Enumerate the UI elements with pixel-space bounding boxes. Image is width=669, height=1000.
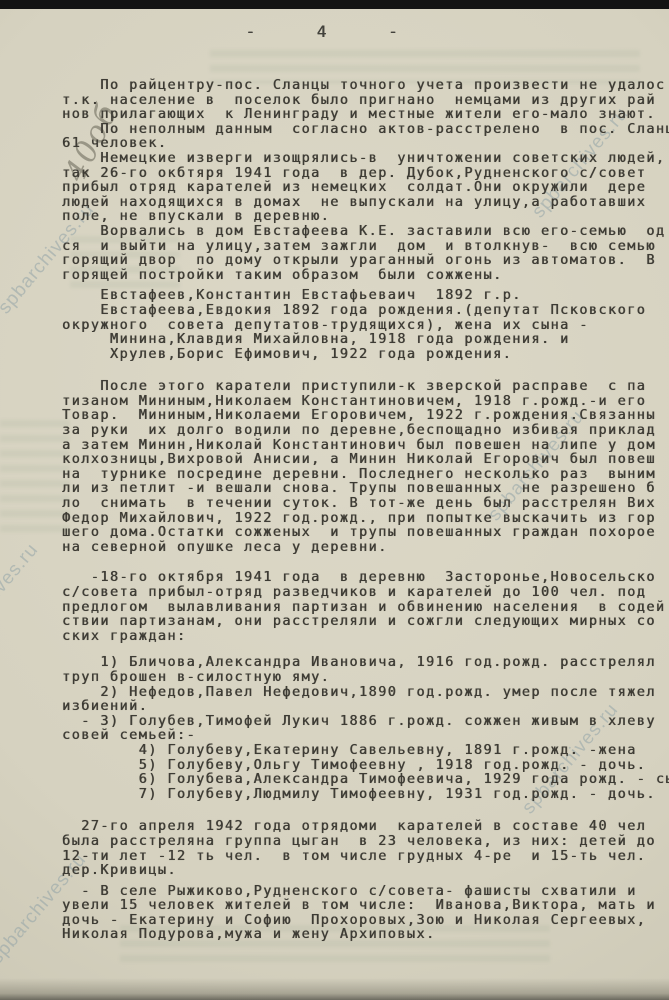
text-line: -18-го октября 1941 года в деревню Засто…: [62, 570, 669, 585]
text-line: Федор Михайлович, 1922 год.рожд., при по…: [62, 511, 669, 526]
text-line: за руки их долго водили по деревне,беспо…: [62, 423, 669, 438]
text-line: предлогом вылавливания партизан и обвине…: [62, 600, 669, 615]
text-line: совей семьей:-: [62, 728, 669, 743]
text-line: шего дома.Остатки сожженых и трупы повеш…: [62, 525, 669, 540]
text-line: 12-ти лет -12 ть чел. в том числе грудны…: [62, 849, 669, 864]
text-line: труп брошен в-силостную яму.: [62, 670, 669, 685]
text-line: т.к. население в поселок было пригнано н…: [62, 93, 669, 108]
text-line: ских граждан:: [62, 629, 669, 644]
paragraph: Евстафеев,Константин Евстафьеваич 1892 г…: [62, 288, 669, 361]
text-line: прибыл отряд карателей из немецких солда…: [62, 180, 669, 195]
watermark-text: spbarchives.ru: [0, 539, 43, 659]
text-line: а затем Минин,Николай Константинович был…: [62, 438, 669, 453]
text-line: 5) Голубеву,Ольгу Тимофеевну , 1918 год.…: [62, 758, 669, 773]
text-line: Ворвались в дом Евстафеева К.Е. заставил…: [62, 224, 669, 239]
paragraph: -18-го октября 1941 года в деревню Засто…: [62, 570, 669, 643]
text-line: 4) Голубеву,Екатерину Савельевну, 1891 г…: [62, 743, 669, 758]
paragraph: Ворвались в дом Евстафеева К.Е. заставил…: [62, 224, 669, 282]
text-line: горящей постройки таким образом были сож…: [62, 268, 669, 283]
text-line: ли из петлит -и вешали снова. Трупы пове…: [62, 481, 669, 496]
typewritten-text: По райцентру-пос. Сланцы точного учета п…: [62, 78, 669, 942]
paragraph: По неполным данным согласно актов-расстр…: [62, 122, 669, 151]
paragraph: По райцентру-пос. Сланцы точного учета п…: [62, 78, 669, 122]
text-line: - 3) Голубев,Тимофей Лукич 1886 г.рожд. …: [62, 714, 669, 729]
text-line: дочь - Екатерину и Софию Прохоровых,Зою …: [62, 913, 669, 928]
text-line: 1) Бличова,Александра Ивановича, 1916 го…: [62, 655, 669, 670]
text-line: увели 15 человек жителей в том числе: Ив…: [62, 898, 669, 913]
text-line: с/совета прибыл-отряд разведчиков и кара…: [62, 585, 669, 600]
text-line: После этого каратели приступили-к зверск…: [62, 379, 669, 394]
text-line: избиений.: [62, 699, 669, 714]
paragraph: - В селе Рыжиково,Рудненского с/совета- …: [62, 884, 669, 942]
text-line: дер.Кривицы.: [62, 863, 669, 878]
text-line: окружного совета депутатов-трудящихся), …: [62, 318, 669, 333]
text-line: - В селе Рыжиково,Рудненского с/совета- …: [62, 884, 669, 899]
text-line: По райцентру-пос. Сланцы точного учета п…: [62, 78, 669, 93]
text-line: ствии партизанам, они расстреляли и сожг…: [62, 614, 669, 629]
text-line: 6) Голубева,Александра Тимофеевича, 1929…: [62, 772, 669, 787]
text-line: Немецкие изверги изощрялись-в уничтожени…: [62, 151, 669, 166]
text-line: Евстафеев,Константин Евстафьеваич 1892 г…: [62, 288, 669, 303]
page-number: - 4 -: [0, 22, 669, 41]
text-line: на северной опушке леса у деревни.: [62, 540, 669, 555]
text-line: 7) Голубеву,Людмилу Тимофеевну, 1931 год…: [62, 787, 669, 802]
text-line: По неполным данным согласно актов-расстр…: [62, 122, 669, 137]
text-line: поле, не впускали в деревню.: [62, 209, 669, 224]
paragraph: После этого каратели приступили-к зверск…: [62, 379, 669, 554]
text-line: горящий двор по дому открыли ураганный о…: [62, 253, 669, 268]
paragraph: 1) Бличова,Александра Ивановича, 1916 го…: [62, 655, 669, 801]
scan-bottom-shadow: [0, 978, 669, 1000]
paragraph: Немецкие изверги изощрялись-в уничтожени…: [62, 151, 669, 224]
text-line: Хрулев,Борис Ефимович, 1922 года рождени…: [62, 347, 669, 362]
text-line: 27-го апреля 1942 года отрядоми карателе…: [62, 819, 669, 834]
text-line: так 26-го окбтяря 1941 года в дер. Дубок…: [62, 166, 669, 181]
text-line: Николая Подурова,мужа и жену Архиповых.: [62, 927, 669, 942]
paragraph: 27-го апреля 1942 года отрядоми карателе…: [62, 819, 669, 877]
text-line: 2) Нефедов,Павел Нефедович,1890 год.рожд…: [62, 685, 669, 700]
text-line: Минина,Клавдия Михайловна, 1918 года рож…: [62, 332, 669, 347]
scan-top-border: [0, 0, 669, 9]
text-line: Товар. Мининым,Николаеми Егоровичем, 192…: [62, 408, 669, 423]
text-line: 61 человек.: [62, 136, 669, 151]
text-line: ся и выйти на улицу,затем зажгли дом и в…: [62, 239, 669, 254]
text-line: колхозницы,Вихровой Анисии, а Минин Нико…: [62, 452, 669, 467]
scanned-document-page: spbarchives.ru spbarchives.ru spbarchive…: [0, 0, 669, 1000]
text-line: на турнике посредине деревни. Последнего…: [62, 467, 669, 482]
text-line: ло снимать в течении суток. В тот-же ден…: [62, 496, 669, 511]
text-line: тизаном Мининым,Николаем Константиновиче…: [62, 394, 669, 409]
text-line: людей находящихся в домах не выпускали н…: [62, 195, 669, 210]
text-line: Евстафеева,Евдокия 1892 года рождения.(д…: [62, 303, 669, 318]
bleed-through-text: [0, 420, 70, 540]
text-line: нов прилагающих к Ленинграду и местные ж…: [62, 107, 669, 122]
text-line: была расстреляна группа цыган в 23 челов…: [62, 834, 669, 849]
